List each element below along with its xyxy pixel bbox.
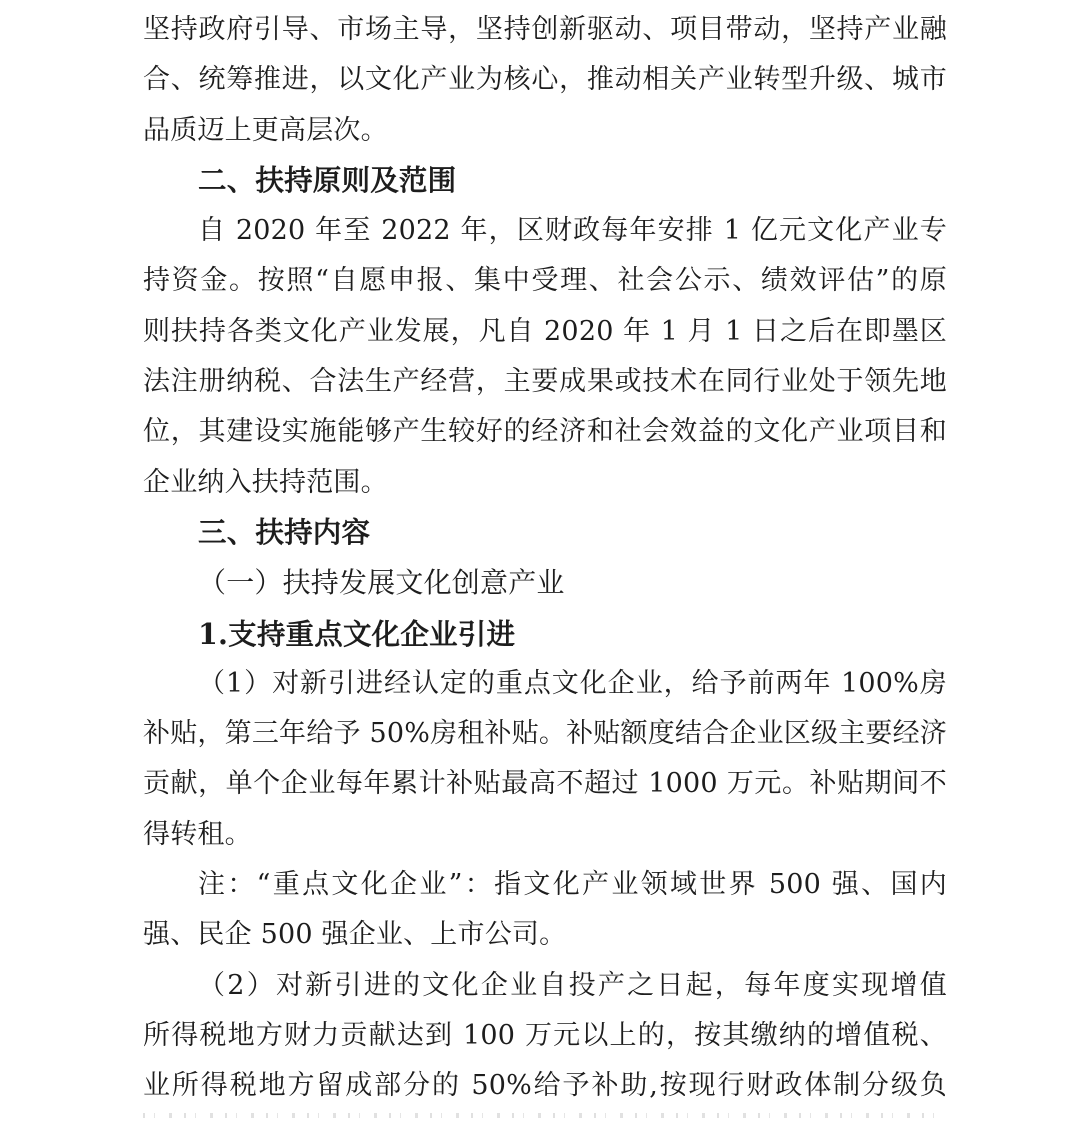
text-line: 得转租。 xyxy=(143,810,947,860)
text-line: 强、民企 500 强企业、上市公司。 xyxy=(143,910,947,960)
text-line: 则扶持各类文化产业发展，凡自 2020 年 1 月 1 日之后在即墨区依 xyxy=(143,307,947,357)
text-line: 注：“重点文化企业”：指文化产业领域世界 500 强、国内 500 xyxy=(143,860,947,910)
text-line: 贡献，单个企业每年累计补贴最高不超过 1000 万元。补贴期间不 xyxy=(143,759,947,809)
next-line-cutoff xyxy=(143,1113,947,1118)
text-line: 企业纳入扶持范围。 xyxy=(143,458,947,508)
document-page: { "page": { "background_color": "#ffffff… xyxy=(0,0,1080,1125)
subsection-heading-1: （一）扶持发展文化创意产业 xyxy=(143,558,947,608)
text-line: 法注册纳税、合法生产经营，主要成果或技术在同行业处于领先地 xyxy=(143,357,947,407)
paragraph: （2）对新引进的文化企业自投产之日起，每年度实现增值税、 所得税地方财力贡献达到… xyxy=(143,961,947,1112)
text-line: 合、统筹推进，以文化产业为核心，推动相关产业转型升级、城市 xyxy=(143,55,947,105)
text-line: 品质迈上更高层次。 xyxy=(143,106,947,156)
paragraph: 自 2020 年至 2022 年，区财政每年安排 1 亿元文化产业专项扶 持资金… xyxy=(143,206,947,508)
paragraph: 坚持政府引导、市场主导，坚持创新驱动、项目带动，坚持产业融 合、统筹推进，以文化… xyxy=(143,5,947,156)
text-line: 补贴，第三年给予 50%房租补贴。补贴额度结合企业区级主要经济 xyxy=(143,709,947,759)
text-line: 持资金。按照“自愿申报、集中受理、社会公示、绩效评估”的原 xyxy=(143,256,947,306)
section-heading-3: 三、扶持内容 xyxy=(143,508,947,558)
text-line: 位，其建设实施能够产生较好的经济和社会效益的文化产业项目和 xyxy=(143,407,947,457)
document-body: 坚持政府引导、市场主导，坚持创新驱动、项目带动，坚持产业融 合、统筹推进，以文化… xyxy=(143,5,947,1112)
paragraph: （1）对新引进经认定的重点文化企业，给予前两年 100%房租 补贴，第三年给予 … xyxy=(143,659,947,860)
section-heading-2: 二、扶持原则及范围 xyxy=(143,156,947,206)
text-line: 所得税地方财力贡献达到 100 万元以上的，按其缴纳的增值税、企 xyxy=(143,1011,947,1061)
numbered-heading-1: 1.支持重点文化企业引进 xyxy=(143,609,947,659)
text-line: 业所得税地方留成部分的 50%给予补助,按现行财政体制分级负担。 xyxy=(143,1061,947,1111)
text-line: 坚持政府引导、市场主导，坚持创新驱动、项目带动，坚持产业融 xyxy=(143,5,947,55)
text-line: （2）对新引进的文化企业自投产之日起，每年度实现增值税、 xyxy=(143,961,947,1011)
text-line: （1）对新引进经认定的重点文化企业，给予前两年 100%房租 xyxy=(143,659,947,709)
text-line: 自 2020 年至 2022 年，区财政每年安排 1 亿元文化产业专项扶 xyxy=(143,206,947,256)
paragraph-note: 注：“重点文化企业”：指文化产业领域世界 500 强、国内 500 强、民企 5… xyxy=(143,860,947,961)
